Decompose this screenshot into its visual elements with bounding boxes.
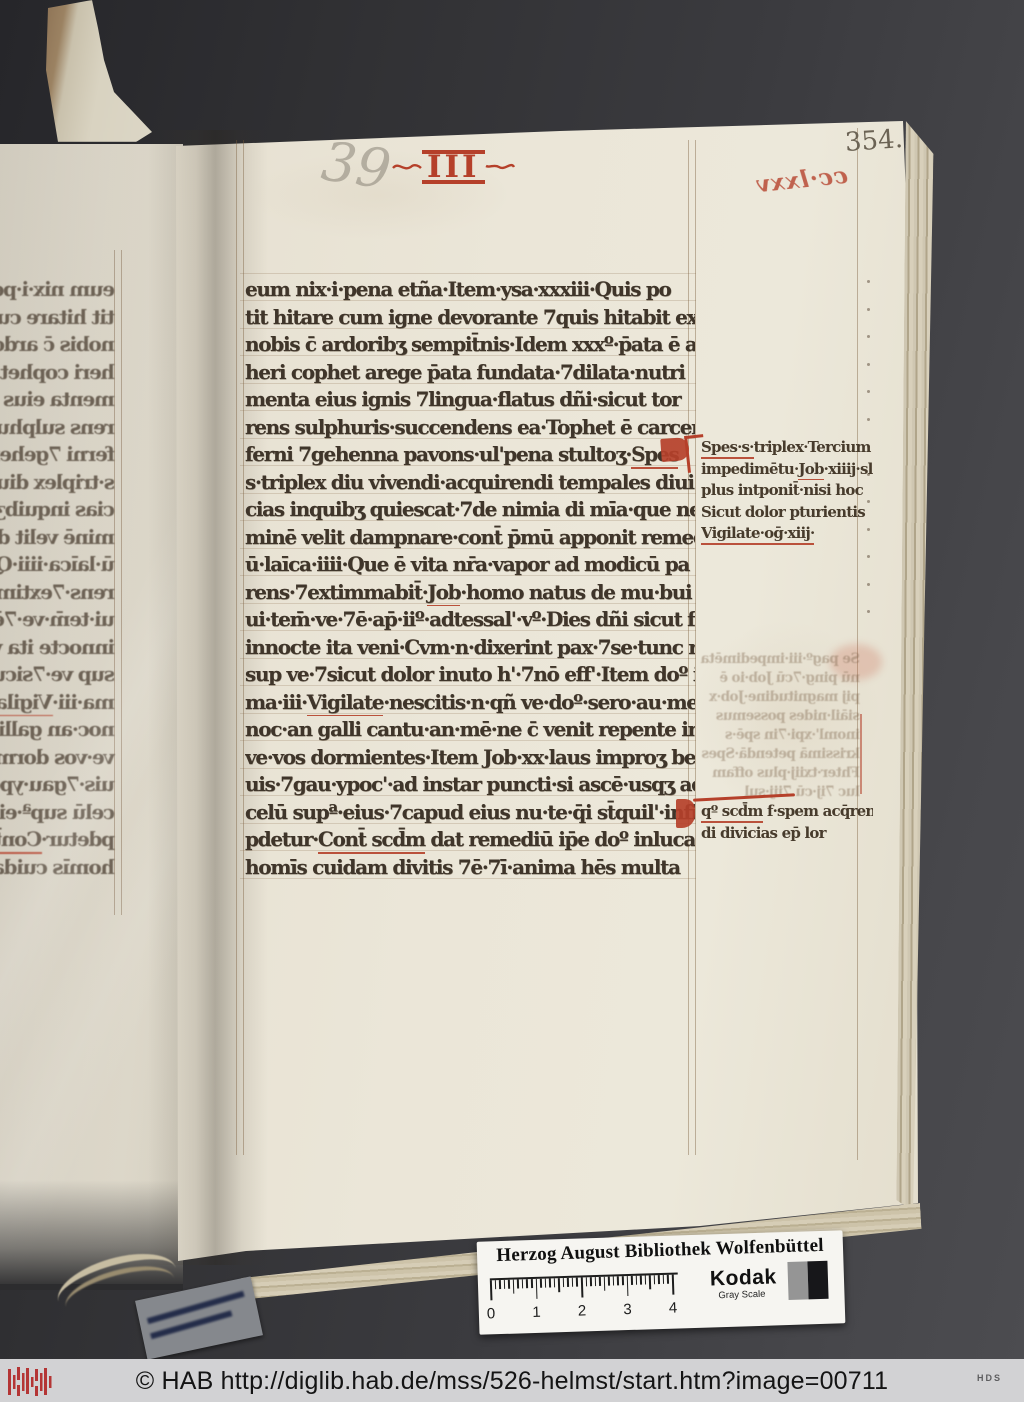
rubricated-text: Vigilate·oḡ·xiij· (701, 524, 814, 545)
footer-right-mark: HDS (977, 1373, 1002, 1383)
text-segment: celū supª·eius·7capud eius nu·te·q̄i st̄… (0, 800, 115, 824)
manuscript-text-line: cias inquibʒ quiescat·7de nimia di mīa·q… (245, 496, 695, 524)
text-segment: ve·vos dormientes·Item Job·xx·laus impro… (245, 745, 695, 769)
text-segment: ū·laīca·iiii·Que ē vita nr̄a·vapor ad mo… (245, 552, 689, 576)
manuscript-text-line: ve·vos dormientes·Item Job·xx·laus impro… (245, 744, 695, 772)
manuscript-text-line: celū supª·eius·7capud eius nu·te·q̄i st̄… (245, 799, 695, 827)
pricking-dot (867, 390, 870, 393)
ruling-line-vertical (695, 140, 696, 1155)
ruling-line-vertical (236, 140, 237, 1155)
mirrored-text-line: menta eius ignis 7lingua·flatus dñi·sicu… (0, 386, 115, 414)
text-segment: f·spem acq̄ren (763, 802, 873, 820)
rubricated-text: qº scd̄m (701, 802, 763, 823)
ruler-tick (513, 1280, 515, 1294)
ruler-tick (644, 1275, 646, 1284)
ruler-tick (649, 1275, 651, 1289)
kodak-gray-scale-label: Herzog August Bibliothek Wolfenbüttel 01… (477, 1230, 846, 1334)
text-segment: minē velit dampnare·cont̄ p̄mū apponit r… (0, 525, 115, 549)
rubricated-text: Cont̄ scd̄m (0, 827, 42, 854)
rubricated-text: Spes·s· (701, 438, 754, 459)
rubricated-text: Vigilate (307, 690, 383, 717)
pricking-dot (867, 610, 870, 613)
red-flourish-icon (485, 159, 515, 175)
mirrored-text-line: tit hitare cum igne devorante 7quis hita… (0, 304, 115, 332)
pricking-dot (867, 308, 870, 311)
margin-note-line: Vigilate·oḡ·xiij· (701, 523, 873, 545)
ruler-number: 3 (623, 1301, 632, 1318)
ruler-tick (599, 1277, 601, 1286)
mirrored-text-line: ui·tem̄·ve·7ē·ap̄·iiº·adtessal'·vº·Dies … (0, 606, 115, 634)
mirrored-text-line: noc·an galli cantu·an·mē·ne c̄ venit rep… (0, 716, 115, 744)
text-segment: eum nix·i·pena etña·Item·ysa·xxxiii·Quis… (245, 277, 671, 301)
text-segment: pdetur· (42, 827, 115, 851)
mirrored-text-line: rens·7extimmabit̄·Job·homo natus de mu·b… (0, 579, 115, 607)
text-segment: innocte ita veni·Cvm·n·dixerint pax·7se·… (245, 635, 695, 659)
manuscript-text-line: tit hitare cum igne devorante 7quis hita… (245, 304, 695, 332)
text-segment: noc·an galli cantu·an·mē·ne c̄ venit rep… (245, 717, 695, 741)
manuscript-text-line: ma·iii·Vigilate·nescitis·n·qñ ve·doº·ser… (245, 689, 695, 717)
ruler-tick (672, 1275, 674, 1295)
ruler-number: 2 (578, 1302, 587, 1319)
text-segment: menta eius ignis 7lingua·flatus dñi·sicu… (0, 387, 115, 411)
text-segment: dat remediū ip̄e doº inluca·xii (425, 827, 695, 851)
ruler-tick (535, 1279, 537, 1299)
text-segment: tit hitare cum igne devorante 7quis hita… (245, 305, 695, 329)
ruler-tick (549, 1278, 551, 1287)
text-segment: minē velit dampnare·cont̄ p̄mū apponit r… (245, 525, 695, 549)
mirrored-text-line: ma·iii·Vigilate·nescitis·n·qñ ve·doº·ser… (0, 689, 115, 717)
text-segment: heri cophet arege p̄ata fundata·7dilata·… (0, 360, 115, 384)
photo-stage: eum nix·i·pena etña·Item·ysa·xxxiii·Quis… (0, 0, 1024, 1402)
ruler-tick (635, 1276, 637, 1285)
margin-note-line: qº scd̄m f·spem acq̄ren (701, 801, 873, 823)
show-through-line: inoml'·xpi·7in spē·s (688, 726, 860, 745)
margin-note-line: plus intponit̄·nisi hoc (701, 480, 873, 502)
text-segment: tit hitare cum igne devorante 7quis hita… (0, 305, 115, 329)
ruler-tick (517, 1279, 519, 1288)
ruler-tick (617, 1276, 619, 1285)
manuscript-text-line: rens sulphuris·succendens ea·Tophet ē ca… (245, 414, 695, 442)
text-segment: ū·laīca·iiii·Que ē vita nr̄a·vapor ad mo… (0, 552, 115, 576)
manuscript-text-line: uis·7gau·ypoc'·ad instar puncti·si ascē·… (245, 771, 695, 799)
text-segment: cias inquibʒ quiescat·7de nimia di mīa·q… (245, 497, 695, 521)
kodak-brand-label: Kodak (710, 1265, 777, 1291)
show-through-line: Fhter·txiij·plus offam (688, 764, 860, 783)
manuscript-text-line: nobis c̄ ardoribʒ sempit̄nis·Idem xxxº·p… (245, 331, 695, 359)
text-segment: ui·tem̄·ve·7ē·ap̄·iiº·adtessal'·vº·Dies … (0, 607, 115, 631)
text-segment: ferni 7gehenna pavons·ul'pena stultoʒ· (245, 442, 631, 466)
ruler-tick (531, 1279, 533, 1288)
ruler-number: 1 (532, 1304, 541, 1321)
text-segment: innocte ita veni·Cvm·n·dixerint pax·7se·… (0, 635, 115, 659)
ruler-tick (626, 1276, 628, 1296)
text-segment: plus intponit̄·nisi hoc (701, 481, 863, 499)
rubricated-text: Job (798, 460, 823, 481)
manuscript-text-line: pdetur·Cont̄ scd̄m dat remediū ip̄e doº … (245, 826, 695, 854)
mirrored-text-line: ū·laīca·iiii·Que ē vita nr̄a·vapor ad mo… (0, 551, 115, 579)
ruler-tick (622, 1276, 624, 1285)
text-segment: uis·7gau·ypoc'·ad instar puncti·si ascē·… (245, 772, 695, 796)
rubricated-text: Job (427, 580, 460, 607)
margin-note-line: di divicias ep̄ lor (701, 823, 873, 845)
pricking-dot (867, 418, 870, 421)
ruler-tick (567, 1278, 569, 1287)
text-segment: s·triplex diu vivendi·acquirendi tempale… (0, 470, 115, 494)
ruler-number: 0 (487, 1305, 496, 1322)
mirrored-text-line: cias inquibʒ quiescat·7de nimia di mīa·q… (0, 496, 115, 524)
text-segment: triplex·Tercium (754, 438, 871, 456)
manuscript-text-line: sup ve·7sicut dolor inuto h'·7nō eff'·It… (245, 661, 695, 689)
ruler-tick (563, 1278, 565, 1287)
manuscript-text-line: homīs cuidam divitis 7ē·7ī·anima hēs mul… (245, 854, 695, 882)
manuscript-text-line: heri cophet arege p̄ata fundata·7dilata·… (245, 359, 695, 387)
text-segment: ·nescitis·n·qñ ve·doº·sero·au·me (383, 690, 695, 714)
manuscript-text-line: ferni 7gehenna pavons·ul'pena stultoʒ·Sp… (245, 441, 695, 469)
mirrored-text-line: rens sulphuris·succendens ea·Tophet ē ca… (0, 414, 115, 442)
ruler-tick (585, 1277, 587, 1286)
manuscript-text-line: menta eius ignis 7lingua·flatus dñi·sicu… (245, 386, 695, 414)
book-numeral-red: III (422, 150, 485, 184)
red-flourish-icon (392, 159, 422, 175)
gray-scale-patch (787, 1261, 828, 1300)
mirrored-text-line: eum nix·i·pena etña·Item·ysa·xxxiii·Quis… (0, 276, 115, 304)
ruler-tick (631, 1276, 633, 1285)
text-segment: nobis c̄ ardoribʒ sempit̄nis·Idem xxxº·p… (245, 332, 695, 356)
text-segment: noc·an galli cantu·an·mē·ne c̄ venit rep… (0, 717, 115, 741)
text-segment: ma·iii· (53, 690, 115, 714)
mirrored-text-line: innocte ita veni·Cvm·n·dixerint pax·7se·… (0, 634, 115, 662)
show-through-line: Se pagº·iii·impedimēta (688, 650, 860, 669)
mirrored-text-line: nobis c̄ ardoribʒ sempit̄nis·Idem xxxº·p… (0, 331, 115, 359)
ruling-line-horizontal (240, 273, 696, 274)
text-segment: rens·7extimmabit̄· (0, 580, 115, 604)
ruler-tick (581, 1277, 583, 1297)
ruler-tick (572, 1278, 574, 1287)
ruler-tick (654, 1275, 656, 1284)
text-segment: celū supª·eius·7capud eius nu·te·q̄i st̄… (245, 800, 695, 824)
pricking-dot (867, 335, 870, 338)
text-segment: rens·7extimmabit̄· (245, 580, 427, 604)
mirrored-text-line: minē velit dampnare·cont̄ p̄mū apponit r… (0, 524, 115, 552)
pencil-folio-number: 354. (844, 124, 904, 158)
black-patch (807, 1261, 828, 1300)
ruler-tick (590, 1277, 592, 1286)
ruler-tick (594, 1277, 596, 1286)
text-segment: ·homo natus de mu·bui (460, 580, 691, 604)
text-segment: homīs cuidam divitis 7ē·7ī·anima hēs mul… (0, 855, 115, 879)
show-through-red-line (860, 714, 862, 794)
pricking-dot (867, 280, 870, 283)
text-segment: cias inquibʒ quiescat·7de nimia di mīa·q… (0, 497, 115, 521)
text-segment: uis·7gau·ypoc'·ad instar puncti·si ascē·… (0, 772, 115, 796)
text-segment: homīs cuidam divitis 7ē·7ī·anima hēs mul… (245, 855, 680, 879)
text-segment: sup ve·7sicut dolor inuto h'·7nō eff'·It… (245, 662, 695, 686)
rubricated-text: Vigilate (0, 690, 53, 717)
text-segment: heri cophet arege p̄ata fundata·7dilata·… (245, 360, 685, 384)
ruler-tick (576, 1278, 578, 1287)
text-segment: rens sulphuris·succendens ea·Tophet ē ca… (245, 415, 695, 439)
ruler-tick (503, 1280, 505, 1289)
gray-scale-label: Gray Scale (718, 1289, 765, 1301)
attribution-bar: © HAB http://diglib.hab.de/mss/526-helms… (0, 1359, 1024, 1402)
gray-patch (787, 1261, 808, 1300)
show-through-line: krissimā petendā·Spes (688, 745, 860, 764)
margin-note-line: impedimētu·Job·xiiij·slō (701, 459, 873, 481)
ruling-line-vertical (243, 140, 244, 1155)
ruler-tick (540, 1279, 542, 1288)
manuscript-text-line: noc·an galli cantu·an·mē·ne c̄ venit rep… (245, 716, 695, 744)
mirrored-text-line: celū supª·eius·7capud eius nu·te·q̄i st̄… (0, 799, 115, 827)
text-segment: ferni 7gehenna pavons·ul'pena stultoʒ· (0, 442, 115, 466)
mirrored-text-line: heri cophet arege p̄ata fundata·7dilata·… (0, 359, 115, 387)
manuscript-text-line: ui·tem̄·ve·7ē·ap̄·iiº·adtessal'·vº·Dies … (245, 606, 695, 634)
text-segment: pdetur· (245, 827, 318, 851)
text-segment: ·xiiij·slō (824, 460, 873, 478)
manuscript-text-line: s·triplex diu vivendi·acquirendi tempale… (245, 469, 695, 497)
margin-note-line: Spes·s·triplex·Tercium (701, 437, 873, 459)
ruler-tick (554, 1278, 556, 1287)
text-segment: s·triplex diu vivendi·acquirendi tempale… (245, 470, 694, 494)
manuscript-text-line: innocte ita veni·Cvm·n·dixerint pax·7se·… (245, 634, 695, 662)
ruler-tick (522, 1279, 524, 1288)
ruler-tick (499, 1280, 501, 1289)
text-segment: sup ve·7sicut dolor inuto h'·7nō eff'·It… (0, 662, 115, 686)
text-segment: ui·tem̄·ve·7ē·ap̄·iiº·adtessal'·vº·Dies … (245, 607, 695, 631)
mirrored-text-line: sup ve·7sicut dolor inuto h'·7nō eff'·It… (0, 661, 115, 689)
ruler-tick (667, 1275, 669, 1284)
ruler-tick (608, 1277, 610, 1286)
attribution-text: © HAB http://diglib.hab.de/mss/526-helms… (0, 1367, 1024, 1396)
show-through-line: siāil·nides possemus (688, 707, 860, 726)
pricking-dot (867, 363, 870, 366)
pencil-quire-number: 39 (318, 130, 395, 202)
text-segment: Sicut dolor pturientis (701, 503, 865, 521)
rubricated-text: Cont̄ scd̄m (318, 827, 425, 854)
mirrored-text-line: ve·vos dormientes·Item Job·xx·laus impro… (0, 744, 115, 772)
ruler-tick (663, 1275, 665, 1284)
ruler-tick (640, 1276, 642, 1285)
manuscript-text-line: minē velit dampnare·cont̄ p̄mū apponit r… (245, 524, 695, 552)
ruler-tick (544, 1279, 546, 1288)
manuscript-text-line: ū·laīca·iiii·Que ē vita nr̄a·vapor ad mo… (245, 551, 695, 579)
mirrored-text-line: ferni 7gehenna pavons·ul'pena stultoʒ·Sp… (0, 441, 115, 469)
text-segment: eum nix·i·pena etña·Item·ysa·xxxiii·Quis… (0, 277, 115, 301)
text-segment: nobis c̄ ardoribʒ sempit̄nis·Idem xxxº·p… (0, 332, 115, 356)
mirrored-text-line: homīs cuidam divitis 7ē·7ī·anima hēs mul… (0, 854, 115, 882)
text-segment: menta eius ignis 7lingua·flatus dñi·sicu… (245, 387, 680, 411)
ruler-number: 4 (669, 1300, 678, 1317)
text-segment: di divicias ep̄ lor (701, 824, 826, 842)
mirrored-text-line: uis·7gau·ypoc'·ad instar puncti·si ascē·… (0, 771, 115, 799)
margin-note-line: Sicut dolor pturientis (701, 502, 873, 524)
mirrored-text-line: s·triplex diu vivendi·acquirendi tempale… (0, 469, 115, 497)
manuscript-text-line: eum nix·i·pena etña·Item·ysa·xxxiii·Quis… (245, 276, 695, 304)
text-segment: ma·iii· (245, 690, 307, 714)
text-segment: rens sulphuris·succendens ea·Tophet ē ca… (0, 415, 115, 439)
ruler-tick (658, 1275, 660, 1284)
text-segment: ve·vos dormientes·Item Job·xx·laus impro… (0, 745, 115, 769)
ruler-tick (494, 1280, 496, 1289)
pricking-dot (867, 555, 870, 558)
mirrored-text-line: pdetur·Cont̄ scd̄m dat remediū ip̄e doº … (0, 826, 115, 854)
ruler-tick (613, 1276, 615, 1285)
show-through-line: nū ping·7cū Job·io ē (688, 669, 860, 688)
show-through-line: pij magnitudine·Job·x (688, 688, 860, 707)
ruler-tick (526, 1279, 528, 1288)
ruler-tick (508, 1280, 510, 1289)
text-segment: impedimētu· (701, 460, 798, 478)
ruler-tick (604, 1277, 606, 1291)
manuscript-text-line: rens·7extimmabit̄·Job·homo natus de mu·b… (245, 579, 695, 607)
ruler-tick (490, 1280, 492, 1300)
pricking-dot (867, 583, 870, 586)
running-title: III (392, 146, 515, 188)
ruler-tick (558, 1278, 560, 1292)
